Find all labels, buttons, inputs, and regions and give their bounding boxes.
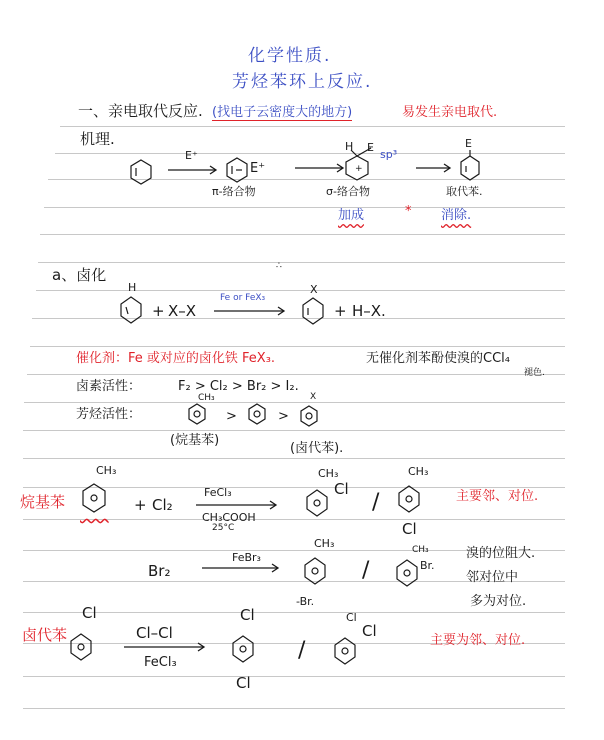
mechanism-label: 机理.: [80, 132, 115, 147]
alkylbenzene-substituent: CH₃: [96, 465, 116, 476]
chlorination-temperature: 25°C: [212, 524, 234, 533]
section-heading: 一、亲电取代反应.: [78, 104, 203, 119]
ortho-product-cl: Cl: [334, 482, 349, 497]
bromine-steric-note-3: 多为对位.: [470, 595, 526, 608]
halobenzene-substituent: Cl: [82, 606, 97, 621]
ortho-para-result: 主要邻、对位.: [456, 490, 538, 503]
chlorobenzene-ring-icon: [70, 634, 92, 660]
dots-mark: ∴: [276, 262, 282, 271]
halogen-activity-order: F₂ > Cl₂ > Br₂ > I₂.: [178, 380, 299, 393]
chlorination-solvent: CH₃COOH: [202, 512, 256, 523]
star-mark: *: [405, 205, 412, 218]
sigma-plus-sign: +: [355, 165, 363, 174]
ortho-dichloro-side: Cl: [362, 624, 377, 639]
plus-sign: +: [134, 498, 147, 513]
para-product-cl: Cl: [402, 522, 417, 537]
pi-complex-label: π-络合物: [212, 186, 256, 197]
arrow-right-icon: [196, 500, 278, 510]
halobenzene-ring-icon: [300, 406, 318, 426]
ortho-dichlorobenzene-ring-icon: [334, 638, 356, 664]
ortho-bromo-ch3: CH₃: [412, 546, 429, 555]
slash-separator: /: [298, 640, 305, 662]
chlorine-reagent: Cl–Cl: [136, 626, 173, 641]
halogenation-catalyst: Fe or FeX₃: [220, 294, 265, 303]
benzene-ring-icon: [130, 160, 152, 184]
bromination-catalyst: FeBr₃: [232, 552, 261, 563]
slash-separator: /: [362, 560, 369, 582]
arene-activity-label: 芳烃活性：: [76, 408, 141, 421]
product-label: 取代苯.: [446, 186, 483, 197]
product-substituent: X: [310, 284, 318, 295]
pi-complex-ring-icon: [226, 158, 248, 182]
arrow1-reagent: E⁺: [185, 150, 198, 161]
arrow-right-icon: [295, 163, 345, 173]
plus-sign: +: [152, 304, 165, 319]
ortho-product-ch3: CH₃: [318, 468, 338, 479]
ortho-dichloro-top: Cl: [346, 612, 357, 623]
arrow-right-icon: [124, 642, 206, 652]
no-catalyst-note: 无催化剂苯酚使溴的CCl₄: [366, 352, 510, 365]
plus-sign: +: [334, 304, 347, 319]
halogen-reagent: X–X: [168, 304, 196, 319]
benzene-ring-icon: [248, 404, 266, 424]
ortho-bromotoluene-ring-icon: [396, 560, 418, 586]
addition-step: 加成: [338, 209, 364, 222]
chlorination-catalyst: FeCl₃: [204, 487, 232, 498]
elimination-step: 消除.: [441, 209, 471, 222]
pi-complex-charge: E⁺: [250, 162, 265, 175]
halobenzene-catalyst: FeCl₃: [144, 656, 177, 669]
alkylbenzene-label: 烷基苯: [20, 495, 65, 510]
para-bromotoluene-ring-icon: [304, 558, 326, 584]
para-bromo-br: -Br.: [296, 596, 314, 607]
para-bromo-ch3: CH₃: [314, 538, 334, 549]
halobenzene-ring-icon: [302, 298, 324, 324]
bromine-reagent: Br₂: [148, 564, 170, 579]
byproduct: H–X.: [352, 304, 386, 319]
sigma-complex-label: σ-络合物: [326, 186, 370, 197]
underlined-note: (找电子云密度大的地方): [212, 106, 352, 121]
catalyst-note: 催化剂：Fe 或对应的卤化铁 FeX₃.: [76, 352, 275, 365]
halobenzene-label: 卤代苯: [22, 628, 67, 643]
halobenzene-note: (卤代苯).: [290, 442, 343, 455]
red-note-electrophilic: 易发生亲电取代.: [402, 106, 497, 119]
para-dichloro-top: Cl: [240, 608, 255, 623]
greater-than: >: [278, 410, 289, 423]
bromine-steric-note-2: 邻对位中: [466, 571, 518, 584]
arrow-right-icon: [416, 163, 452, 173]
halogen-activity-label: 卤素活性：: [76, 380, 141, 393]
arrow-right-icon: [214, 306, 286, 316]
para-dichlorobenzene-ring-icon: [232, 636, 254, 662]
toluene-ring-icon: [188, 404, 206, 424]
toluene-underline: [80, 500, 108, 512]
benzene-ring-icon: [120, 297, 142, 323]
halogenation-label: a、卤化: [52, 268, 106, 283]
arene-sub-ch3: CH₃: [198, 394, 215, 403]
title-line-2: 芳烃苯环上反应.: [232, 74, 372, 91]
bromine-steric-note-1: 溴的位阻大.: [466, 547, 535, 560]
para-chlorotoluene-ring-icon: [398, 486, 420, 512]
arrow-right-icon: [202, 563, 280, 573]
ortho-chlorotoluene-ring-icon: [306, 490, 328, 516]
no-catalyst-note-2: 褪色.: [524, 369, 545, 378]
reactant-substituent: H: [128, 282, 136, 293]
title-line-1: 化学性质.: [248, 48, 331, 65]
alkylbenzene-note: (烷基苯): [170, 434, 219, 447]
greater-than: >: [226, 410, 237, 423]
substituted-benzene-ring-icon: [460, 156, 480, 180]
chlorine-reagent: Cl₂: [152, 498, 173, 513]
para-dichloro-bottom: Cl: [236, 676, 251, 691]
sigma-complex-E: E: [367, 142, 374, 153]
arene-sub-x: X: [310, 393, 316, 402]
product-substituent: E: [465, 138, 472, 149]
para-product-ch3: CH₃: [408, 466, 428, 477]
slash-separator: /: [372, 492, 379, 514]
arrow-right-icon: [168, 165, 218, 175]
sigma-complex-hybrid: sp³: [380, 149, 397, 160]
ortho-bromo-br: Br.: [420, 560, 435, 571]
halobenzene-result: 主要为邻、对位.: [430, 634, 525, 647]
